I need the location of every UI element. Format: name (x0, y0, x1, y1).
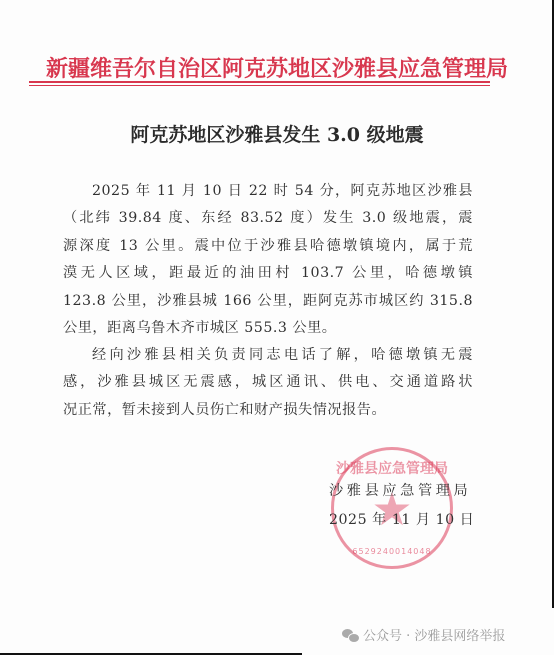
document-title: 阿克苏地区沙雅县发生 3.0 级地震 (0, 120, 554, 147)
paragraph-1: 2025 年 11 月 10 日 22 时 54 分，阿克苏地区沙雅县 （北纬 … (63, 178, 473, 342)
paragraph-line: 况正常，暂未接到人员伤亡和财产损失情况报告。 (63, 397, 473, 424)
letterhead-rule-thin (29, 85, 490, 86)
paragraph-line: 2025 年 11 月 10 日 22 时 54 分，阿克苏地区沙雅县 (63, 178, 473, 205)
signature-org: 沙雅县应急管理局 (329, 480, 471, 500)
paragraph-line: 经向沙雅县相关负责同志电话了解，哈德墩镇无震 (63, 342, 473, 369)
seal-name: 沙雅县应急管理局 (334, 458, 450, 478)
wechat-source: 公众号 · 沙雅县网络举报 (342, 625, 505, 644)
seal-code: 6529240014048 (334, 547, 450, 556)
paragraph-line: 感，沙雅县城区无震感，城区通讯、供电、交通道路状 (63, 369, 473, 396)
paragraph-line: 公里，距离乌鲁木齐市城区 555.3 公里。 (63, 315, 473, 342)
paragraph-2: 经向沙雅县相关负责同志电话了解，哈德墩镇无震 感，沙雅县城区无震感，城区通讯、供… (63, 342, 473, 424)
official-seal: 沙雅县应急管理局 ★ 6529240014048 (331, 447, 453, 569)
letterhead-rule-thick (29, 81, 490, 83)
paragraph-line: 漠无人区域，距最近的油田村 103.7 公里，哈德墩镇 (63, 260, 473, 287)
paragraph-line: 源深度 13 公里。震中位于沙雅县哈德墩镇境内，属于荒 (63, 233, 473, 260)
source-label: 公众号 · 沙雅县网络举报 (363, 625, 505, 644)
org-letterhead: 新疆维吾尔自治区阿克苏地区沙雅县应急管理局 (0, 52, 554, 83)
signature-date: 2025 年 11 月 10 日 (329, 509, 474, 529)
wechat-icon (342, 629, 358, 641)
paragraph-line: 123.8 公里，沙雅县城 166 公里，距阿克苏市城区约 315.8 (63, 288, 473, 315)
paragraph-line: （北纬 39.84 度、东经 83.52 度）发生 3.0 级地震，震 (63, 205, 473, 232)
